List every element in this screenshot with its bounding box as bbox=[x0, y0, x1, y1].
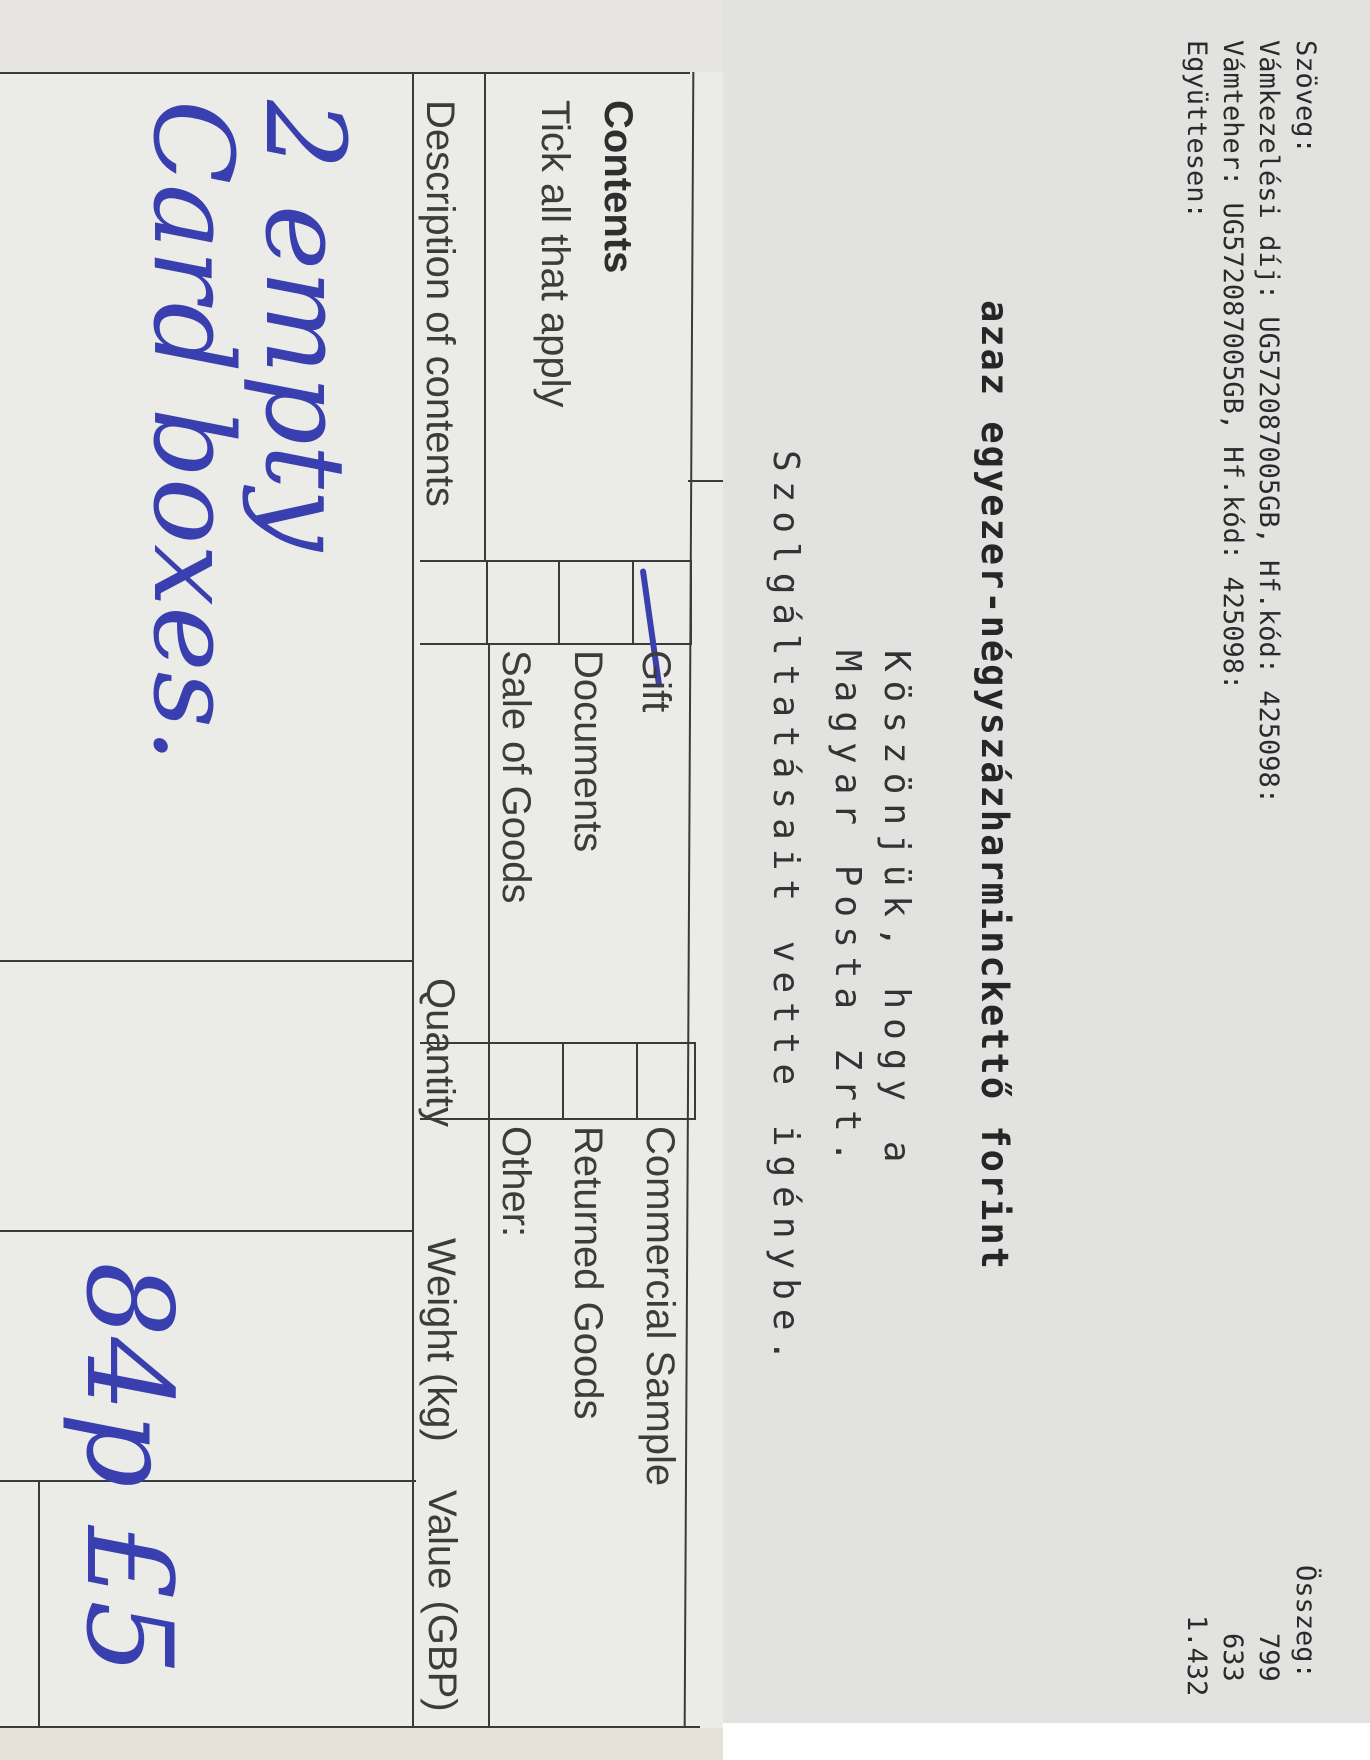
option-label-returned-goods: Returned Goods bbox=[568, 1126, 608, 1420]
paper-margin-top bbox=[0, 0, 723, 72]
form-divider-weight bbox=[0, 1230, 414, 1232]
form-top-border bbox=[0, 72, 690, 74]
contents-instruction: Tick all that apply bbox=[535, 100, 575, 408]
handwritten-description-line2[interactable]: Card boxes. bbox=[138, 100, 248, 763]
contents-divider bbox=[484, 72, 486, 562]
checkbox-sale-of-goods[interactable] bbox=[486, 560, 560, 645]
receipt-amount-customs-duty: 633 bbox=[1219, 1633, 1246, 1682]
option-label-commercial-sample: Commercial Sample bbox=[640, 1126, 680, 1486]
contents-heading: Contents bbox=[598, 100, 638, 273]
column-header-description: Description of contents bbox=[420, 100, 460, 507]
customs-declaration-form: Contents Tick all that apply Gift Docume… bbox=[0, 0, 723, 1760]
receipt-thanks-line1: Köszönjük, hogy a bbox=[878, 650, 914, 1171]
receipt-row-label-customs-fee: Vámkezelési díj: UG572087005GB, Hf.kód: … bbox=[1255, 40, 1282, 804]
column-header-quantity: Quantity bbox=[420, 978, 460, 1127]
checkbox-documents[interactable] bbox=[558, 560, 634, 645]
form-column-divider bbox=[412, 72, 414, 1728]
options-divider-mid bbox=[488, 643, 490, 1043]
options-divider bbox=[488, 1118, 490, 1728]
background-below-receipt bbox=[723, 1723, 1370, 1760]
handwritten-value[interactable]: 84p £5 bbox=[70, 1262, 188, 1675]
postal-receipt: Szöveg: Vámkezelési díj: UG572087005GB, … bbox=[723, 0, 1370, 1723]
checkbox-commercial-sample[interactable] bbox=[636, 1042, 696, 1120]
paper-margin-bottom bbox=[0, 1728, 723, 1760]
receipt-row-label-customs-duty: Vámteher: UG572087005GB, Hf.kód: 425098: bbox=[1219, 40, 1246, 690]
form-bottom-border bbox=[0, 1726, 700, 1728]
column-header-value: Value (GBP) bbox=[422, 1490, 462, 1712]
checkbox-other[interactable] bbox=[488, 1042, 564, 1120]
form-outer-border bbox=[684, 72, 695, 1728]
option-label-documents: Documents bbox=[568, 650, 608, 852]
receipt-amount-customs-fee: 799 bbox=[1255, 1633, 1282, 1682]
option-label-sale-of-goods: Sale of Goods bbox=[496, 650, 536, 904]
receipt-amount-in-words: azaz egyezer-négyszázharminckettő forint bbox=[976, 300, 1013, 1271]
receipt-header-amount-label: Összeg: bbox=[1292, 1565, 1319, 1679]
checkbox-returned-goods[interactable] bbox=[562, 1042, 638, 1120]
value-column-divider bbox=[38, 1480, 40, 1726]
form-divider-quantity bbox=[0, 960, 412, 962]
handwritten-description-line1[interactable]: 2 empty bbox=[250, 100, 360, 551]
receipt-amount-total: 1.432 bbox=[1183, 1615, 1210, 1696]
receipt-row-label-total: Együttesen: bbox=[1183, 40, 1210, 219]
receipt-thanks-line3: Szolgáltatásait vette igénybe. bbox=[767, 450, 803, 1370]
receipt-header-text-label: Szöveg: bbox=[1292, 40, 1319, 154]
option-label-gift: Gift bbox=[636, 650, 676, 712]
column-header-weight: Weight (kg) bbox=[421, 1238, 461, 1442]
option-label-other: Other: bbox=[496, 1126, 536, 1237]
receipt-thanks-line2: Magyar Posta Zrt. bbox=[829, 650, 865, 1171]
contents-header-top-tick bbox=[688, 480, 723, 482]
